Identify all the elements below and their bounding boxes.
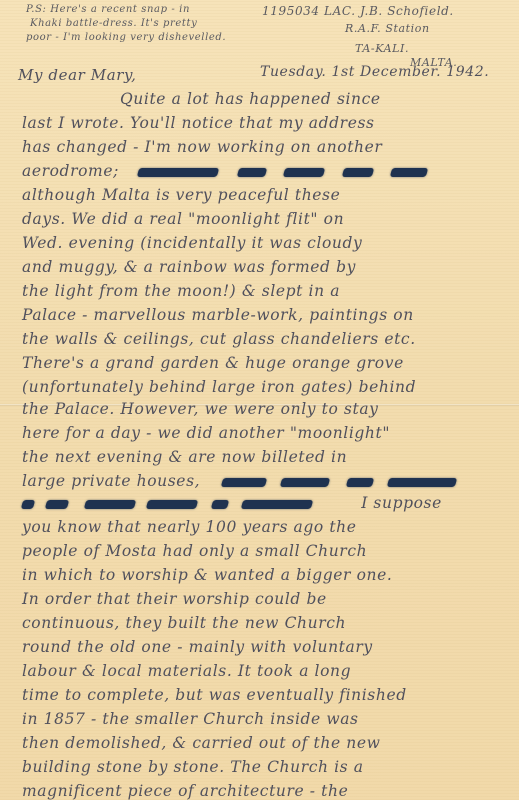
body-line: people of Mosta had only a small Church <box>22 542 367 560</box>
body-line: last I wrote. You'll notice that my addr… <box>22 114 375 132</box>
body-line: continuous, they built the new Church <box>22 614 346 632</box>
body-line: large private houses, <box>22 472 456 490</box>
sender-name: 1195034 LAC. J.B. Schofield. <box>262 4 454 18</box>
body-line: Quite a lot has happened since <box>120 90 381 108</box>
postscript-line: Khaki battle-dress. It's pretty <box>30 17 197 31</box>
body-text: large private houses, <box>22 472 200 490</box>
address-line: R.A.F. Station <box>345 22 430 35</box>
censored-text <box>138 162 426 180</box>
body-line: I suppose <box>22 494 442 512</box>
letter-date: Tuesday. 1st December. 1942. <box>260 64 489 80</box>
letter-page: P.S: Here's a recent snap - in Khaki bat… <box>0 0 519 800</box>
body-line: (unfortunately behind large iron gates) … <box>22 378 416 396</box>
body-line: Wed. evening (incidentally it was cloudy <box>22 234 362 252</box>
body-line: In order that their worship could be <box>22 590 327 608</box>
body-line: Palace - marvellous marble-work, paintin… <box>22 306 414 324</box>
body-line: the next evening & are now billeted in <box>22 448 347 466</box>
body-line: in which to worship & wanted a bigger on… <box>22 566 392 584</box>
body-line: building stone by stone. The Church is a <box>22 758 364 776</box>
body-line: and muggy, & a rainbow was formed by <box>22 258 356 276</box>
censored-text <box>22 494 317 512</box>
salutation: My dear Mary, <box>18 66 136 84</box>
body-line: the light from the moon!) & slept in a <box>22 282 340 300</box>
body-line: labour & local materials. It took a long <box>22 662 351 680</box>
body-line: There's a grand garden & huge orange gro… <box>22 354 404 372</box>
body-text: aerodrome; <box>22 162 119 180</box>
body-line: in 1857 - the smaller Church inside was <box>22 710 359 728</box>
postscript-line: poor - I'm looking very dishevelled. <box>26 31 226 45</box>
body-line: the Palace. However, we were only to sta… <box>22 400 379 418</box>
body-line: then demolished, & carried out of the ne… <box>22 734 380 752</box>
address-line: TA-KALI. <box>355 42 409 55</box>
body-line: has changed - I'm now working on another <box>22 138 382 156</box>
body-line: days. We did a real "moonlight flit" on <box>22 210 344 228</box>
postscript-line: P.S: Here's a recent snap - in <box>26 3 190 17</box>
body-line: the walls & ceilings, cut glass chandeli… <box>22 330 416 348</box>
censored-text <box>222 472 457 490</box>
body-line: aerodrome; <box>22 162 427 180</box>
body-line: here for a day - we did another "moonlig… <box>22 424 390 442</box>
body-text: I suppose <box>361 494 442 512</box>
body-line: you know that nearly 100 years ago the <box>22 518 357 536</box>
body-line: round the old one - mainly with voluntar… <box>22 638 373 656</box>
body-line: magnificent piece of architecture - the <box>22 782 348 800</box>
body-line: time to complete, but was eventually fin… <box>22 686 407 704</box>
body-line: although Malta is very peaceful these <box>22 186 340 204</box>
